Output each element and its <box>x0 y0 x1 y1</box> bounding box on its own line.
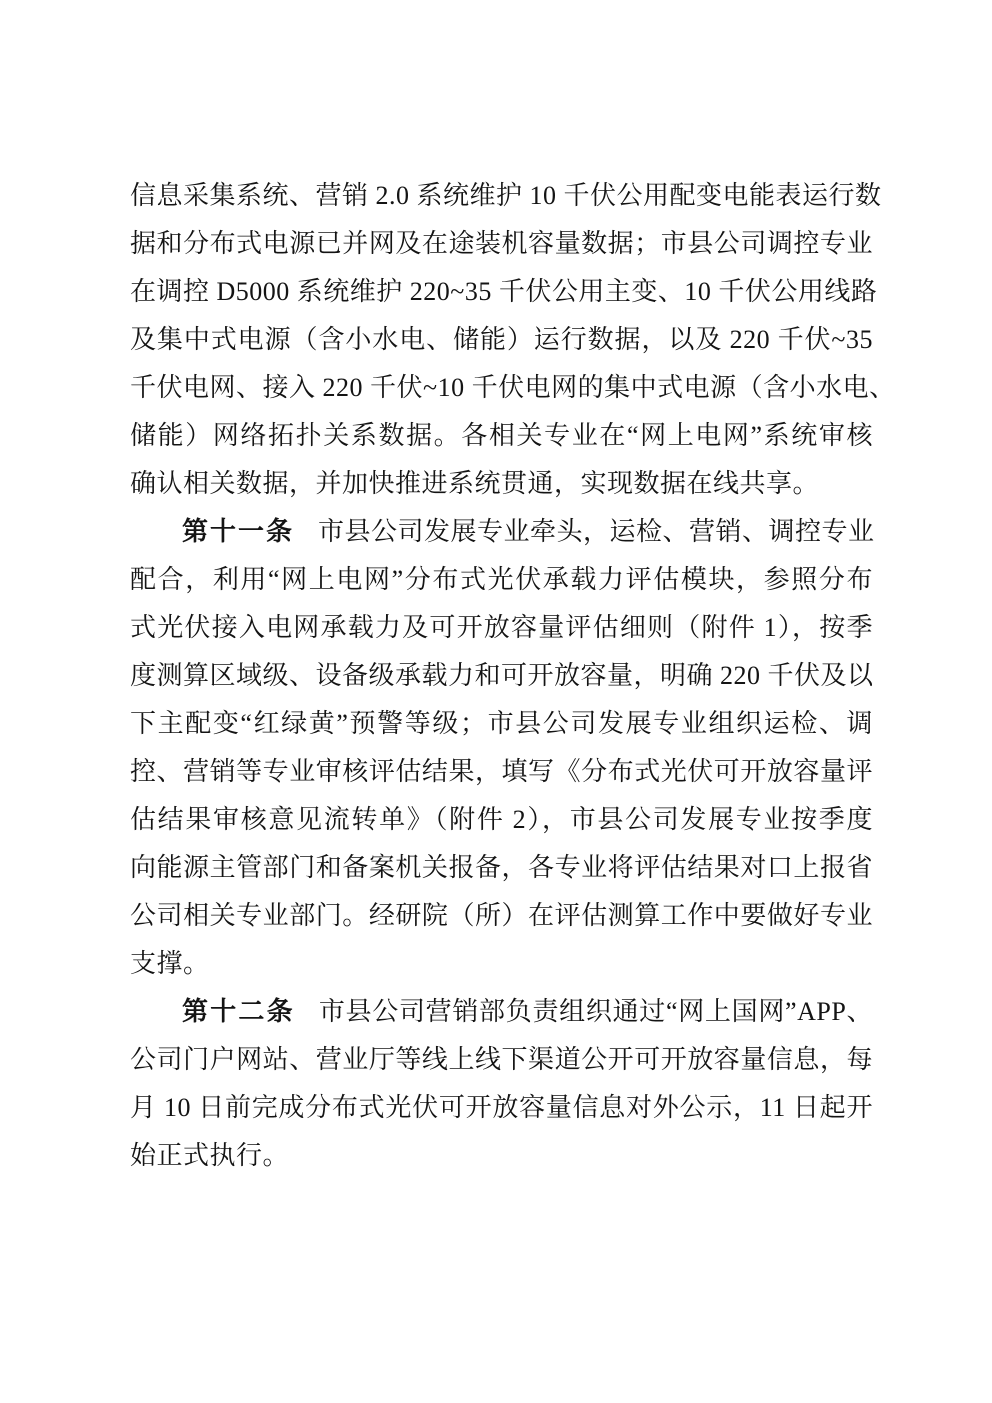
text-line: 估结果审核意见流转单》（附件 2），市县公司发展专业按季度 <box>130 796 873 844</box>
text-line: 配合，利用“网上电网”分布式光伏承载力评估模块，参照分布 <box>130 556 873 604</box>
text-line: 在调控 D5000 系统维护 220~35 千伏公用主变、10 千伏公用线路 <box>130 268 873 316</box>
line-text: 市县公司营销部负责组织通过“网上国网”APP、 <box>319 997 873 1026</box>
text-line: 式光伏接入电网承载力及可开放容量评估细则（附件 1），按季 <box>130 604 873 652</box>
text-line: 向能源主管部门和备案机关报备，各专业将评估结果对口上报省 <box>130 844 873 892</box>
text-line: 公司相关专业部门。经研院（所）在评估测算工作中要做好专业 <box>130 892 873 940</box>
text-line: 及集中式电源（含小水电、储能）运行数据，以及 220 千伏~35 <box>130 316 873 364</box>
text-line: 公司门户网站、营业厅等线上线下渠道公开可开放容量信息，每 <box>130 1036 873 1084</box>
document-page: 信息采集系统、营销 2.0 系统维护 10 千伏公用配变电能表运行数据和分布式电… <box>0 0 992 1403</box>
text-line: 月 10 日前完成分布式光伏可开放容量信息对外公示，11 日起开 <box>130 1084 873 1132</box>
clause-number: 第十一条 <box>182 517 294 546</box>
text-line: 信息采集系统、营销 2.0 系统维护 10 千伏公用配变电能表运行数 <box>130 172 873 220</box>
clause-number: 第十二条 <box>182 997 295 1026</box>
text-line: 第十二条市县公司营销部负责组织通过“网上国网”APP、 <box>130 988 873 1036</box>
text-line: 据和分布式电源已并网及在途装机容量数据；市县公司调控专业 <box>130 220 873 268</box>
line-text: 市县公司发展专业牵头，运检、营销、调控专业 <box>318 517 875 546</box>
text-line: 始正式执行。 <box>130 1132 873 1180</box>
body-paragraph: 信息采集系统、营销 2.0 系统维护 10 千伏公用配变电能表运行数据和分布式电… <box>130 172 873 508</box>
text-line: 支撑。 <box>130 940 873 988</box>
text-line: 储能）网络拓扑关系数据。各相关专业在“网上电网”系统审核 <box>130 412 873 460</box>
text-line: 确认相关数据，并加快推进系统贯通，实现数据在线共享。 <box>130 460 873 508</box>
text-line: 控、营销等专业审核评估结果，填写《分布式光伏可开放容量评 <box>130 748 873 796</box>
clause-paragraph: 第十一条市县公司发展专业牵头，运检、营销、调控专业配合，利用“网上电网”分布式光… <box>130 508 873 988</box>
text-line: 第十一条市县公司发展专业牵头，运检、营销、调控专业 <box>130 508 873 556</box>
text-line: 千伏电网、接入 220 千伏~10 千伏电网的集中式电源（含小水电、 <box>130 364 873 412</box>
text-line: 度测算区域级、设备级承载力和可开放容量，明确 220 千伏及以 <box>130 652 873 700</box>
text-line: 下主配变“红绿黄”预警等级；市县公司发展专业组织运检、调 <box>130 700 873 748</box>
clause-paragraph: 第十二条市县公司营销部负责组织通过“网上国网”APP、公司门户网站、营业厅等线上… <box>130 988 873 1180</box>
